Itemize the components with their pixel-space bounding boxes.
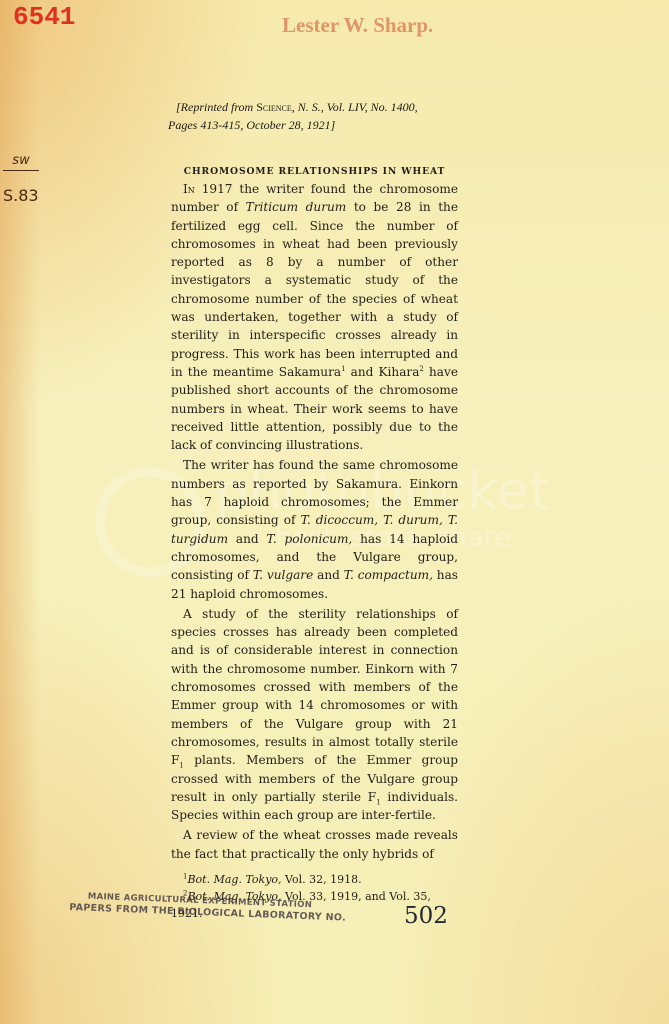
paragraph-2: The writer has found the same chromosome… — [171, 456, 458, 602]
text: A study of the sterility relationships o… — [171, 607, 458, 767]
reprint-details: , N. S., Vol. LIV, No. 1400, — [292, 100, 418, 114]
paper-number: 502 — [404, 903, 448, 929]
text: and Kihara — [346, 365, 420, 379]
footnote-text: Vol. 32, 1918. — [282, 873, 362, 886]
text: and — [228, 532, 267, 546]
reprint-prefix: [Reprinted from — [176, 100, 256, 114]
footnote-1: 1Bot. Mag. Tokyo, Vol. 32, 1918. — [171, 871, 458, 888]
paragraph-1: In 1917 the writer found the chromosome … — [171, 180, 458, 454]
lead-in: In — [183, 182, 195, 196]
reprint-journal: Science — [256, 100, 292, 114]
handwritten-number: S.83 — [3, 186, 39, 205]
article-title: CHROMOSOME RELATIONSHIPS IN WHEAT — [171, 165, 458, 179]
paragraph-3: A study of the sterility relationships o… — [171, 605, 458, 825]
paragraph-4: A review of the wheat crosses made revea… — [171, 826, 458, 863]
species-name: T. compactum, — [344, 568, 433, 582]
species-name: T. polonicum, — [267, 532, 353, 546]
text: to be 28 in the fertilized egg cell. Sin… — [171, 200, 458, 379]
author-stamp: Lester W. Sharp. — [282, 13, 433, 38]
text: and — [313, 568, 343, 582]
reprint-pages: Pages 413-415, October 28, 1921] — [168, 116, 468, 134]
species-name: T. vulgare — [253, 568, 313, 582]
handwritten-mark: sw — [3, 152, 39, 171]
species-name: Triticum durum — [246, 200, 347, 214]
catalog-number-stamp: 6541 — [13, 2, 75, 32]
reprint-citation: [Reprinted from Science, N. S., Vol. LIV… — [168, 98, 468, 134]
footnote-source: Bot. Mag. Tokyo, — [187, 873, 281, 886]
article: CHROMOSOME RELATIONSHIPS IN WHEAT In 191… — [171, 165, 458, 922]
